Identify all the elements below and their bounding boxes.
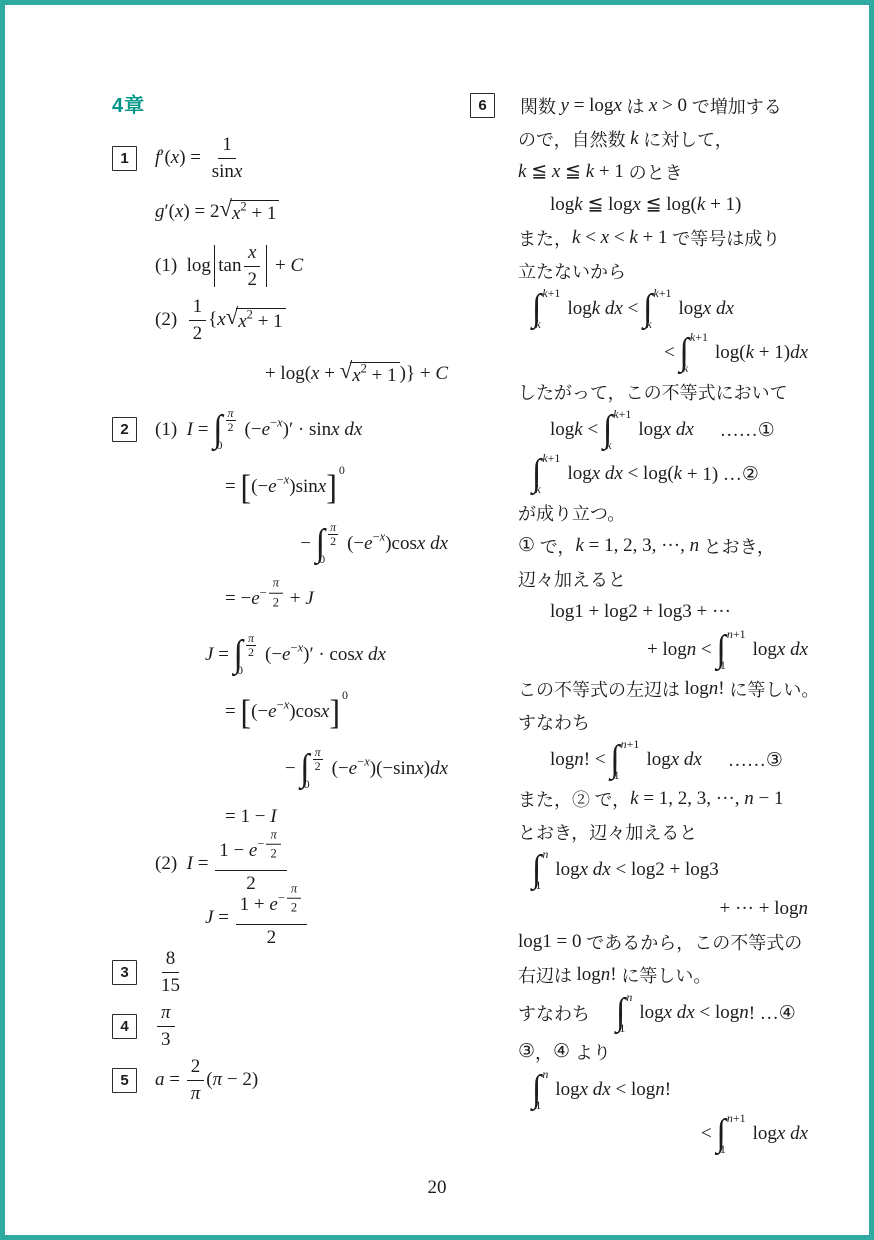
math-line: 1f′(x) = 1sinx <box>112 131 450 185</box>
integral: ∫k+1k <box>603 410 636 450</box>
integral: ∫n1 <box>532 1070 553 1110</box>
radical-sign: √ <box>219 198 232 221</box>
abs-bar <box>214 245 215 287</box>
math-line: 辺々加えると <box>470 562 810 595</box>
page: 4章 1f′(x) = 1sinxg′(x) = 2√x2 + 1(1) log… <box>0 0 874 1240</box>
math-line: 4π3 <box>112 999 450 1053</box>
math-line: J = 1 + e−π22 <box>112 891 450 945</box>
math-line: (1) logtanx2 + C <box>112 239 450 293</box>
content-columns: 4章 1f′(x) = 1sinxg′(x) = 2√x2 + 1(1) log… <box>5 5 869 1156</box>
integral: ∫π20 <box>213 410 242 450</box>
integral: ∫n+11 <box>610 740 644 780</box>
radical-sign: √ <box>340 360 353 383</box>
math-line: g′(x) = 2√x2 + 1 <box>112 185 450 239</box>
math-line: < ∫n+11logx dx <box>470 1112 810 1156</box>
integral: ∫k+1k <box>643 289 676 329</box>
integral: ∫π20 <box>316 524 345 564</box>
math-line: k ≦ x ≦ k + 1 のとき <box>470 155 810 188</box>
math-line: 2(1) I = ∫π20(−e−x)′ · sinx dx <box>112 401 450 458</box>
math-line: とおき，辺々加えると <box>470 815 810 848</box>
integral: ∫n1 <box>532 850 553 890</box>
abs-bar <box>266 245 267 287</box>
math-line: − ∫π20(−e−x)cosx dx <box>112 515 450 572</box>
integral: ∫k+1k <box>680 333 713 373</box>
math-line: logk < ∫k+1klogx dx……① <box>470 408 810 452</box>
problem-number-box: 3 <box>112 960 137 985</box>
math-line: ∫n1logx dx < logn! <box>470 1068 810 1112</box>
math-line: ∫k+1klogk dx < ∫k+1klogx dx <box>470 287 810 331</box>
math-line: ③，④ より <box>470 1035 810 1068</box>
integral: ∫π20 <box>300 749 329 789</box>
math-line: 5a = 2π(π − 2) <box>112 1053 450 1107</box>
math-line: が成り立つ。 <box>470 496 810 529</box>
problem-number-box: 6 <box>470 93 495 118</box>
math-line: また，② で，k = 1, 2, 3, ···, n − 1 <box>470 782 810 815</box>
problem-number-box: 2 <box>112 417 137 442</box>
right-column: 6関数 y = logx は x > 0 で増加するので，自然数 k に対して，… <box>470 89 810 1156</box>
math-line: すなわち <box>470 705 810 738</box>
math-line: また，k < x < k + 1 で等号は成り <box>470 221 810 254</box>
page-number: 20 <box>5 1177 869 1199</box>
chapter-heading: 4章 <box>112 89 450 121</box>
math-line: log1 + log2 + log3 + ··· <box>470 595 810 628</box>
math-line: = [(−e−x)sinx]0 <box>112 458 450 515</box>
math-line: ① で，k = 1, 2, 3, ···, n とおき， <box>470 529 810 562</box>
problem-number-box: 5 <box>112 1068 137 1093</box>
math-line: + ··· + logn <box>470 892 810 925</box>
math-line: log1 = 0 であるから，この不等式の <box>470 925 810 958</box>
math-line: したがって，この不等式において <box>470 375 810 408</box>
problem-number-box: 1 <box>112 146 137 171</box>
integral: ∫n1 <box>616 993 637 1033</box>
math-line: = −e−π2 + J <box>112 572 450 626</box>
math-line: + logn < ∫n+11logx dx <box>470 628 810 672</box>
math-line: 立たないから <box>470 254 810 287</box>
math-line: − ∫π20(−e−x)(−sinx)dx <box>112 740 450 797</box>
math-line: この不等式の左辺は logn! に等しい。 <box>470 672 810 705</box>
integral: ∫n+11 <box>716 630 750 670</box>
problem-number-box: 4 <box>112 1014 137 1039</box>
math-line: 6関数 y = logx は x > 0 で増加する <box>470 89 810 122</box>
integral: ∫k+1k <box>532 454 565 494</box>
integral: ∫π20 <box>234 635 263 675</box>
integral: ∫n+11 <box>716 1114 750 1154</box>
math-line: ∫n1logx dx < log2 + log3 <box>470 848 810 892</box>
math-line: = [(−e−x)cosx]0 <box>112 683 450 740</box>
integral: ∫k+1k <box>532 289 565 329</box>
math-line: すなわち∫n1logx dx < logn! …④ <box>470 991 810 1035</box>
math-line: ∫k+1klogx dx < log(k + 1) …② <box>470 452 810 496</box>
math-line: ので，自然数 k に対して， <box>470 122 810 155</box>
math-line: logn! < ∫n+11logx dx……③ <box>470 738 810 782</box>
math-line: 3815 <box>112 945 450 999</box>
math-line: logk ≦ logx ≦ log(k + 1) <box>470 188 810 221</box>
left-column: 4章 1f′(x) = 1sinxg′(x) = 2√x2 + 1(1) log… <box>112 89 450 1156</box>
math-line: + log(x + √x2 + 1)} + C <box>112 347 450 401</box>
radical-sign: √ <box>226 306 239 329</box>
math-line: 右辺は logn! に等しい。 <box>470 958 810 991</box>
math-line: < ∫k+1klog(k + 1)dx <box>470 331 810 375</box>
math-line: J = ∫π20(−e−x)′ · cosx dx <box>112 626 450 683</box>
math-line: (2) 12{x√x2 + 1 <box>112 293 450 347</box>
